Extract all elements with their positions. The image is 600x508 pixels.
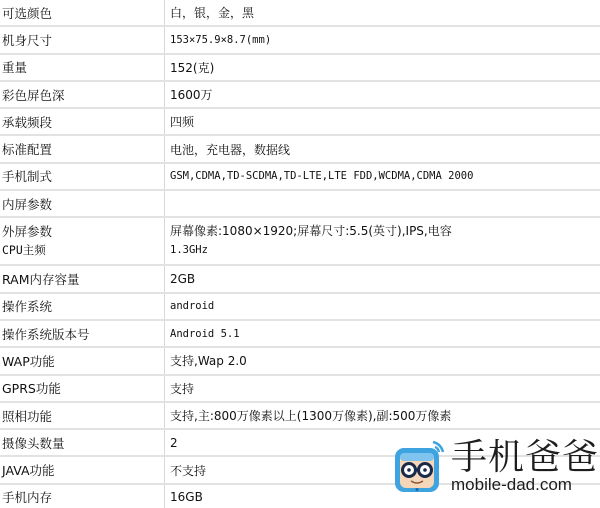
spec-row-weight: 重量 152(克) xyxy=(0,55,600,82)
spec-row-color-depth: 彩色屏色深 1600万 xyxy=(0,82,600,109)
spec-value: 152(克) xyxy=(165,55,600,80)
spec-label: 摄像头数量 xyxy=(0,430,165,455)
spec-row-ram: RAM内存容量 2GB xyxy=(0,266,600,293)
spec-label: 重量 xyxy=(0,55,165,80)
mobile-dad-logo-icon xyxy=(393,438,447,494)
spec-value xyxy=(165,191,600,216)
spec-row-gprs: GPRS功能 支持 xyxy=(0,376,600,403)
spec-row-camera: 照相功能 支持,主:800万像素以上(1300万像素),副:500万像素 xyxy=(0,403,600,430)
spec-value: GSM,CDMA,TD-SCDMA,TD-LTE,LTE FDD,WCDMA,C… xyxy=(165,164,600,189)
spec-table: 可选颜色 白，银，金，黑 机身尺寸 153×75.9×8.7(mm) 重量 15… xyxy=(0,0,600,508)
spec-value: 支持 xyxy=(165,376,600,401)
logo-name-en: mobile-dad.com xyxy=(451,477,599,493)
logo-name-cn: 手机爸爸 xyxy=(451,439,599,477)
spec-label: JAVA功能 xyxy=(0,457,165,482)
spec-label: RAM内存容量 xyxy=(0,266,165,291)
spec-label: 彩色屏色深 xyxy=(0,82,165,107)
spec-row-bands: 承载频段 四频 xyxy=(0,109,600,136)
spec-label: 内屏参数 xyxy=(0,191,165,216)
spec-label-cpu: CPU主频 xyxy=(2,241,164,260)
spec-label: 机身尺寸 xyxy=(0,27,165,52)
spec-value: 屏幕像素:1080×1920;屏幕尺寸:5.5(英寸),IPS,电容 1.3GH… xyxy=(165,218,600,264)
spec-label: 标准配置 xyxy=(0,136,165,161)
spec-label: GPRS功能 xyxy=(0,376,165,401)
spec-label: 手机制式 xyxy=(0,164,165,189)
spec-label: 手机内存 xyxy=(0,485,165,508)
spec-row-outer-screen-cpu: 外屏参数 CPU主频 屏幕像素:1080×1920;屏幕尺寸:5.5(英寸),I… xyxy=(0,218,600,266)
spec-value: 支持,Wap 2.0 xyxy=(165,348,600,373)
logo-text: 手机爸爸 mobile-dad.com xyxy=(451,439,599,493)
spec-row-wap: WAP功能 支持,Wap 2.0 xyxy=(0,348,600,375)
spec-value: 1600万 xyxy=(165,82,600,107)
spec-row-os-version: 操作系统版本号 Android 5.1 xyxy=(0,321,600,348)
spec-row-dimensions: 机身尺寸 153×75.9×8.7(mm) xyxy=(0,27,600,54)
spec-row-color: 可选颜色 白，银，金，黑 xyxy=(0,0,600,27)
watermark: 手机爸爸 mobile-dad.com xyxy=(393,438,599,494)
spec-value-cpu: 1.3GHz xyxy=(170,241,600,260)
spec-row-network: 手机制式 GSM,CDMA,TD-SCDMA,TD-LTE,LTE FDD,WC… xyxy=(0,164,600,191)
spec-label: WAP功能 xyxy=(0,348,165,373)
spec-label: 操作系统版本号 xyxy=(0,321,165,346)
spec-value: 2GB xyxy=(165,266,600,291)
spec-value: Android 5.1 xyxy=(165,321,600,346)
spec-value: 白，银，金，黑 xyxy=(165,0,600,25)
spec-value: 电池，充电器，数据线 xyxy=(165,136,600,161)
spec-value: 支持,主:800万像素以上(1300万像素),副:500万像素 xyxy=(165,403,600,428)
spec-label-outer-screen: 外屏参数 xyxy=(2,222,164,241)
spec-value: android xyxy=(165,294,600,319)
spec-label: 操作系统 xyxy=(0,294,165,319)
spec-row-accessories: 标准配置 电池，充电器，数据线 xyxy=(0,136,600,163)
spec-value: 四频 xyxy=(165,109,600,134)
spec-label: 可选颜色 xyxy=(0,0,165,25)
spec-value-outer-screen: 屏幕像素:1080×1920;屏幕尺寸:5.5(英寸),IPS,电容 xyxy=(170,222,600,241)
spec-row-os: 操作系统 android xyxy=(0,294,600,321)
spec-label: 外屏参数 CPU主频 xyxy=(0,218,165,264)
spec-value: 153×75.9×8.7(mm) xyxy=(165,27,600,52)
spec-label: 照相功能 xyxy=(0,403,165,428)
spec-label: 承载频段 xyxy=(0,109,165,134)
spec-row-inner-screen: 内屏参数 xyxy=(0,191,600,218)
